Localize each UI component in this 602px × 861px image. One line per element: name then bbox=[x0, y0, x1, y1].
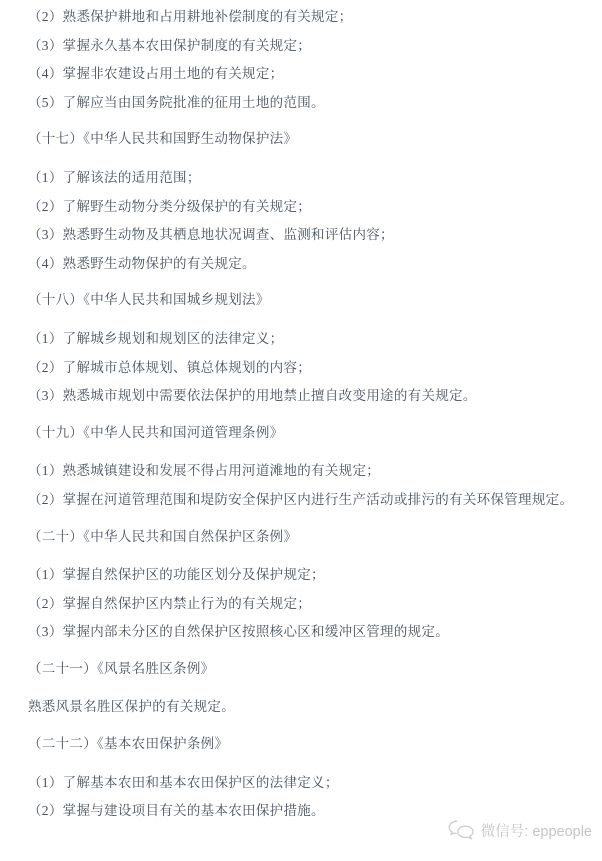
section-heading: （十八）《中华人民共和国城乡规划法》 bbox=[28, 286, 588, 315]
document-line: （3）熟悉野生动物及其栖息地状况调查、监测和评估内容； bbox=[28, 221, 588, 250]
wechat-icon bbox=[448, 820, 475, 841]
document-line: （1）了解该法的适用范围； bbox=[28, 164, 588, 193]
watermark: 微信号: eppeople bbox=[448, 820, 592, 841]
section-heading: （十七）《中华人民共和国野生动物保护法》 bbox=[28, 125, 588, 154]
document-line: （4）熟悉野生动物保护的有关规定。 bbox=[28, 250, 588, 279]
watermark-label: 微信号: eppeople bbox=[481, 820, 592, 841]
document-line: （3）掌握内部未分区的自然保护区按照核心区和缓冲区管理的规定。 bbox=[28, 618, 588, 647]
document-line: （2）了解城市总体规划、镇总体规划的内容； bbox=[28, 354, 588, 383]
document-body: （2）熟悉保护耕地和占用耕地补偿制度的有关规定；（3）掌握永久基本农田保护制度的… bbox=[28, 3, 588, 826]
document-line: （2）熟悉保护耕地和占用耕地补偿制度的有关规定； bbox=[28, 3, 588, 32]
document-line: （1）熟悉城镇建设和发展不得占用河道滩地的有关规定； bbox=[28, 457, 588, 486]
document-line: （1）了解城乡规划和规划区的法律定义； bbox=[28, 325, 588, 354]
section-heading: （二十二）《基本农田保护条例》 bbox=[28, 730, 588, 759]
document-line: （5）了解应当由国务院批准的征用土地的范围。 bbox=[28, 89, 588, 118]
document-line: （2）掌握自然保护区内禁止行为的有关规定； bbox=[28, 590, 588, 619]
document-line: （3）掌握永久基本农田保护制度的有关规定； bbox=[28, 32, 588, 61]
document-line: （2）掌握在河道管理范围和堤防安全保护区内进行生产活动或排污的有关环保管理规定。 bbox=[28, 486, 588, 515]
document-line: （1）掌握自然保护区的功能区划分及保护规定； bbox=[28, 561, 588, 590]
document-line: （4）掌握非农建设占用土地的有关规定； bbox=[28, 60, 588, 89]
section-heading: （二十）《中华人民共和国自然保护区条例》 bbox=[28, 523, 588, 552]
section-heading: （二十一）《风景名胜区条例》 bbox=[28, 655, 588, 684]
document-line: （2）了解野生动物分类分级保护的有关规定； bbox=[28, 193, 588, 222]
section-heading: （十九）《中华人民共和国河道管理条例》 bbox=[28, 419, 588, 448]
document-line: （1）了解基本农田和基本农田保护区的法律定义； bbox=[28, 769, 588, 798]
document-line: 熟悉风景名胜区保护的有关规定。 bbox=[28, 693, 588, 722]
document-line: （3）熟悉城市规划中需要依法保护的用地禁止擅自改变用途的有关规定。 bbox=[28, 382, 588, 411]
